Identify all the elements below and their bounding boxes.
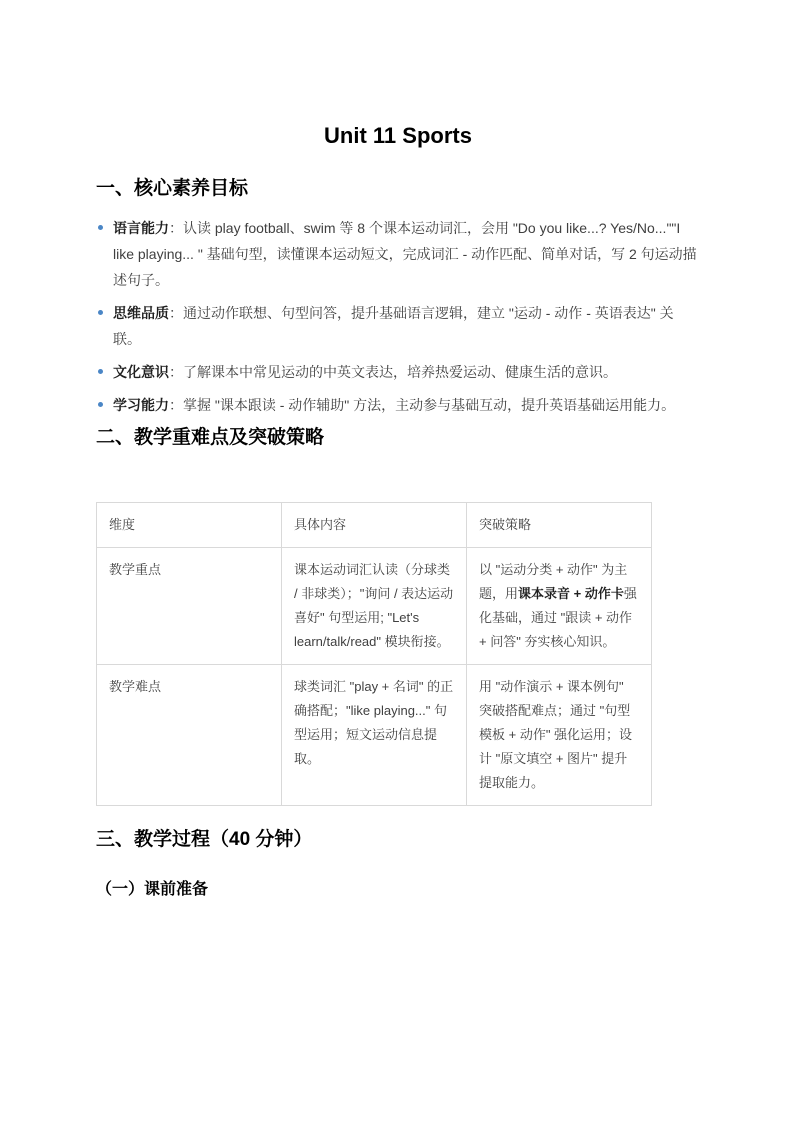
bullet-icon bbox=[98, 369, 103, 374]
goal-label: 语言能力 bbox=[113, 220, 169, 236]
goal-item-learning: 学习能力：掌握 "课本跟读 - 动作辅助" 方法，主动参与基础互动，提升英语基础… bbox=[96, 392, 700, 418]
goal-item-culture: 文化意识：了解课本中常见运动的中英文表达，培养热爱运动、健康生活的意识。 bbox=[96, 359, 700, 385]
goal-text: ：认读 play football、swim 等 8 个课本运动词汇，会用 "D… bbox=[113, 220, 697, 288]
cell-content: 课本运动词汇认读（分球类 / 非球类）；"询问 / 表达运动喜好" 句型运用; … bbox=[282, 548, 467, 665]
goal-item-thinking: 思维品质：通过动作联想、句型问答，提升基础语言逻辑，建立 "运动 - 动作 - … bbox=[96, 300, 700, 352]
goal-text: ：通过动作联想、句型问答，提升基础语言逻辑，建立 "运动 - 动作 - 英语表达… bbox=[113, 305, 674, 347]
column-header-content: 具体内容 bbox=[282, 503, 467, 548]
section-heading-key-difficulties: 二、教学重难点及突破策略 bbox=[96, 425, 700, 451]
document-body: Unit 11 Sports 一、核心素养目标 语言能力：认读 play foo… bbox=[0, 0, 794, 901]
column-header-dimension: 维度 bbox=[97, 503, 282, 548]
document-title: Unit 11 Sports bbox=[96, 0, 700, 151]
key-difficulty-table: 维度 具体内容 突破策略 教学重点 课本运动词汇认读（分球类 / 非球类）；"询… bbox=[96, 502, 652, 806]
cell-content: 球类词汇 "play + 名词" 的正确搭配；"like playing..."… bbox=[282, 665, 467, 806]
goals-list: 语言能力：认读 play football、swim 等 8 个课本运动词汇，会… bbox=[96, 215, 700, 418]
goal-item-language: 语言能力：认读 play football、swim 等 8 个课本运动词汇，会… bbox=[96, 215, 700, 293]
section-heading-teaching-process: 三、教学过程（40 分钟） bbox=[96, 827, 700, 853]
cell-dimension: 教学难点 bbox=[97, 665, 282, 806]
cell-strategy: 以 "运动分类 + 动作" 为主题，用课本录音 + 动作卡强化基础，通过 "跟读… bbox=[467, 548, 652, 665]
subsection-heading-preparation: （一）课前准备 bbox=[96, 879, 700, 901]
column-header-strategy: 突破策略 bbox=[467, 503, 652, 548]
table-header-row: 维度 具体内容 突破策略 bbox=[97, 503, 652, 548]
goal-label: 学习能力 bbox=[113, 397, 169, 413]
goal-label: 思维品质 bbox=[113, 305, 169, 321]
table-row: 教学难点 球类词汇 "play + 名词" 的正确搭配；"like playin… bbox=[97, 665, 652, 806]
section-heading-core-goals: 一、核心素养目标 bbox=[96, 176, 700, 202]
bullet-icon bbox=[98, 310, 103, 315]
goal-text: ：掌握 "课本跟读 - 动作辅助" 方法，主动参与基础互动，提升英语基础运用能力… bbox=[169, 397, 675, 413]
table-row: 教学重点 课本运动词汇认读（分球类 / 非球类）；"询问 / 表达运动喜好" 句… bbox=[97, 548, 652, 665]
document-page: Unit 11 Sports 一、核心素养目标 语言能力：认读 play foo… bbox=[0, 0, 794, 1123]
cell-strategy: 用 "动作演示 + 课本例句" 突破搭配难点；通过 "句型模板 + 动作" 强化… bbox=[467, 665, 652, 806]
bullet-icon bbox=[98, 225, 103, 230]
goal-text: ：了解课本中常见运动的中英文表达，培养热爱运动、健康生活的意识。 bbox=[169, 364, 617, 380]
bullet-icon bbox=[98, 402, 103, 407]
cell-dimension: 教学重点 bbox=[97, 548, 282, 665]
goal-label: 文化意识 bbox=[113, 364, 169, 380]
